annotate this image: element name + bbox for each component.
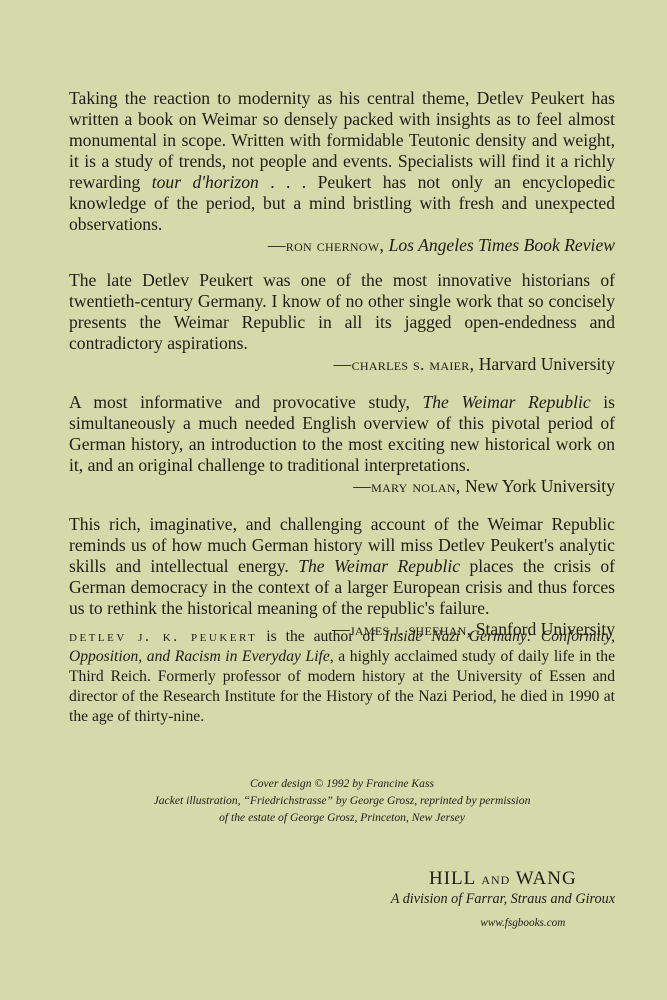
reviewer-name: —mary nolan, [353, 476, 460, 496]
blurb-attribution: —mary nolan, New York University [69, 476, 615, 497]
publisher-url: www.fsgbooks.com [391, 917, 615, 929]
blurb-attribution: —charles s. maier, Harvard University [69, 354, 615, 375]
reviewer-name: —ron chernow, [268, 235, 384, 255]
blurb-attribution: —ron chernow, Los Angeles Times Book Rev… [69, 235, 615, 256]
review-blurb-chernow: Taking the reaction to modernity as his … [69, 88, 615, 256]
blurb-text: This rich, imaginative, and challenging … [69, 514, 615, 618]
reviewer-name: —charles s. maier, [334, 354, 475, 374]
reviewer-affiliation: Los Angeles Times Book Review [389, 235, 615, 255]
cover-credits: Cover design © 1992 by Francine Kass Jac… [69, 775, 615, 826]
review-blurb-sheehan: This rich, imaginative, and challenging … [69, 514, 615, 640]
publisher-name: HILL and WANG [391, 868, 615, 890]
cover-design-credit: Cover design © 1992 by Francine Kass [69, 775, 615, 792]
reviewer-affiliation: Harvard University [479, 354, 615, 374]
jacket-illustration-credit-cont: of the estate of George Grosz, Princeton… [69, 809, 615, 826]
publisher-imprint: HILL and WANG A division of Farrar, Stra… [391, 868, 615, 929]
review-blurb-nolan: A most informative and provocative study… [69, 392, 615, 497]
reviewer-affiliation: New York University [465, 476, 615, 496]
author-bio: detlev j. k. peukert is the author of In… [69, 627, 615, 727]
author-name: detlev j. k. peukert [69, 628, 257, 645]
book-back-cover: Taking the reaction to modernity as his … [0, 0, 667, 1000]
blurb-text: Taking the reaction to modernity as his … [69, 88, 615, 235]
blurb-text: A most informative and provocative study… [69, 392, 615, 476]
review-blurb-maier: The late Detlev Peukert was one of the m… [69, 270, 615, 375]
blurb-text: The late Detlev Peukert was one of the m… [69, 270, 615, 354]
publisher-division: A division of Farrar, Straus and Giroux [391, 890, 615, 908]
jacket-illustration-credit: Jacket illustration, “Friedrichstrasse” … [69, 792, 615, 809]
